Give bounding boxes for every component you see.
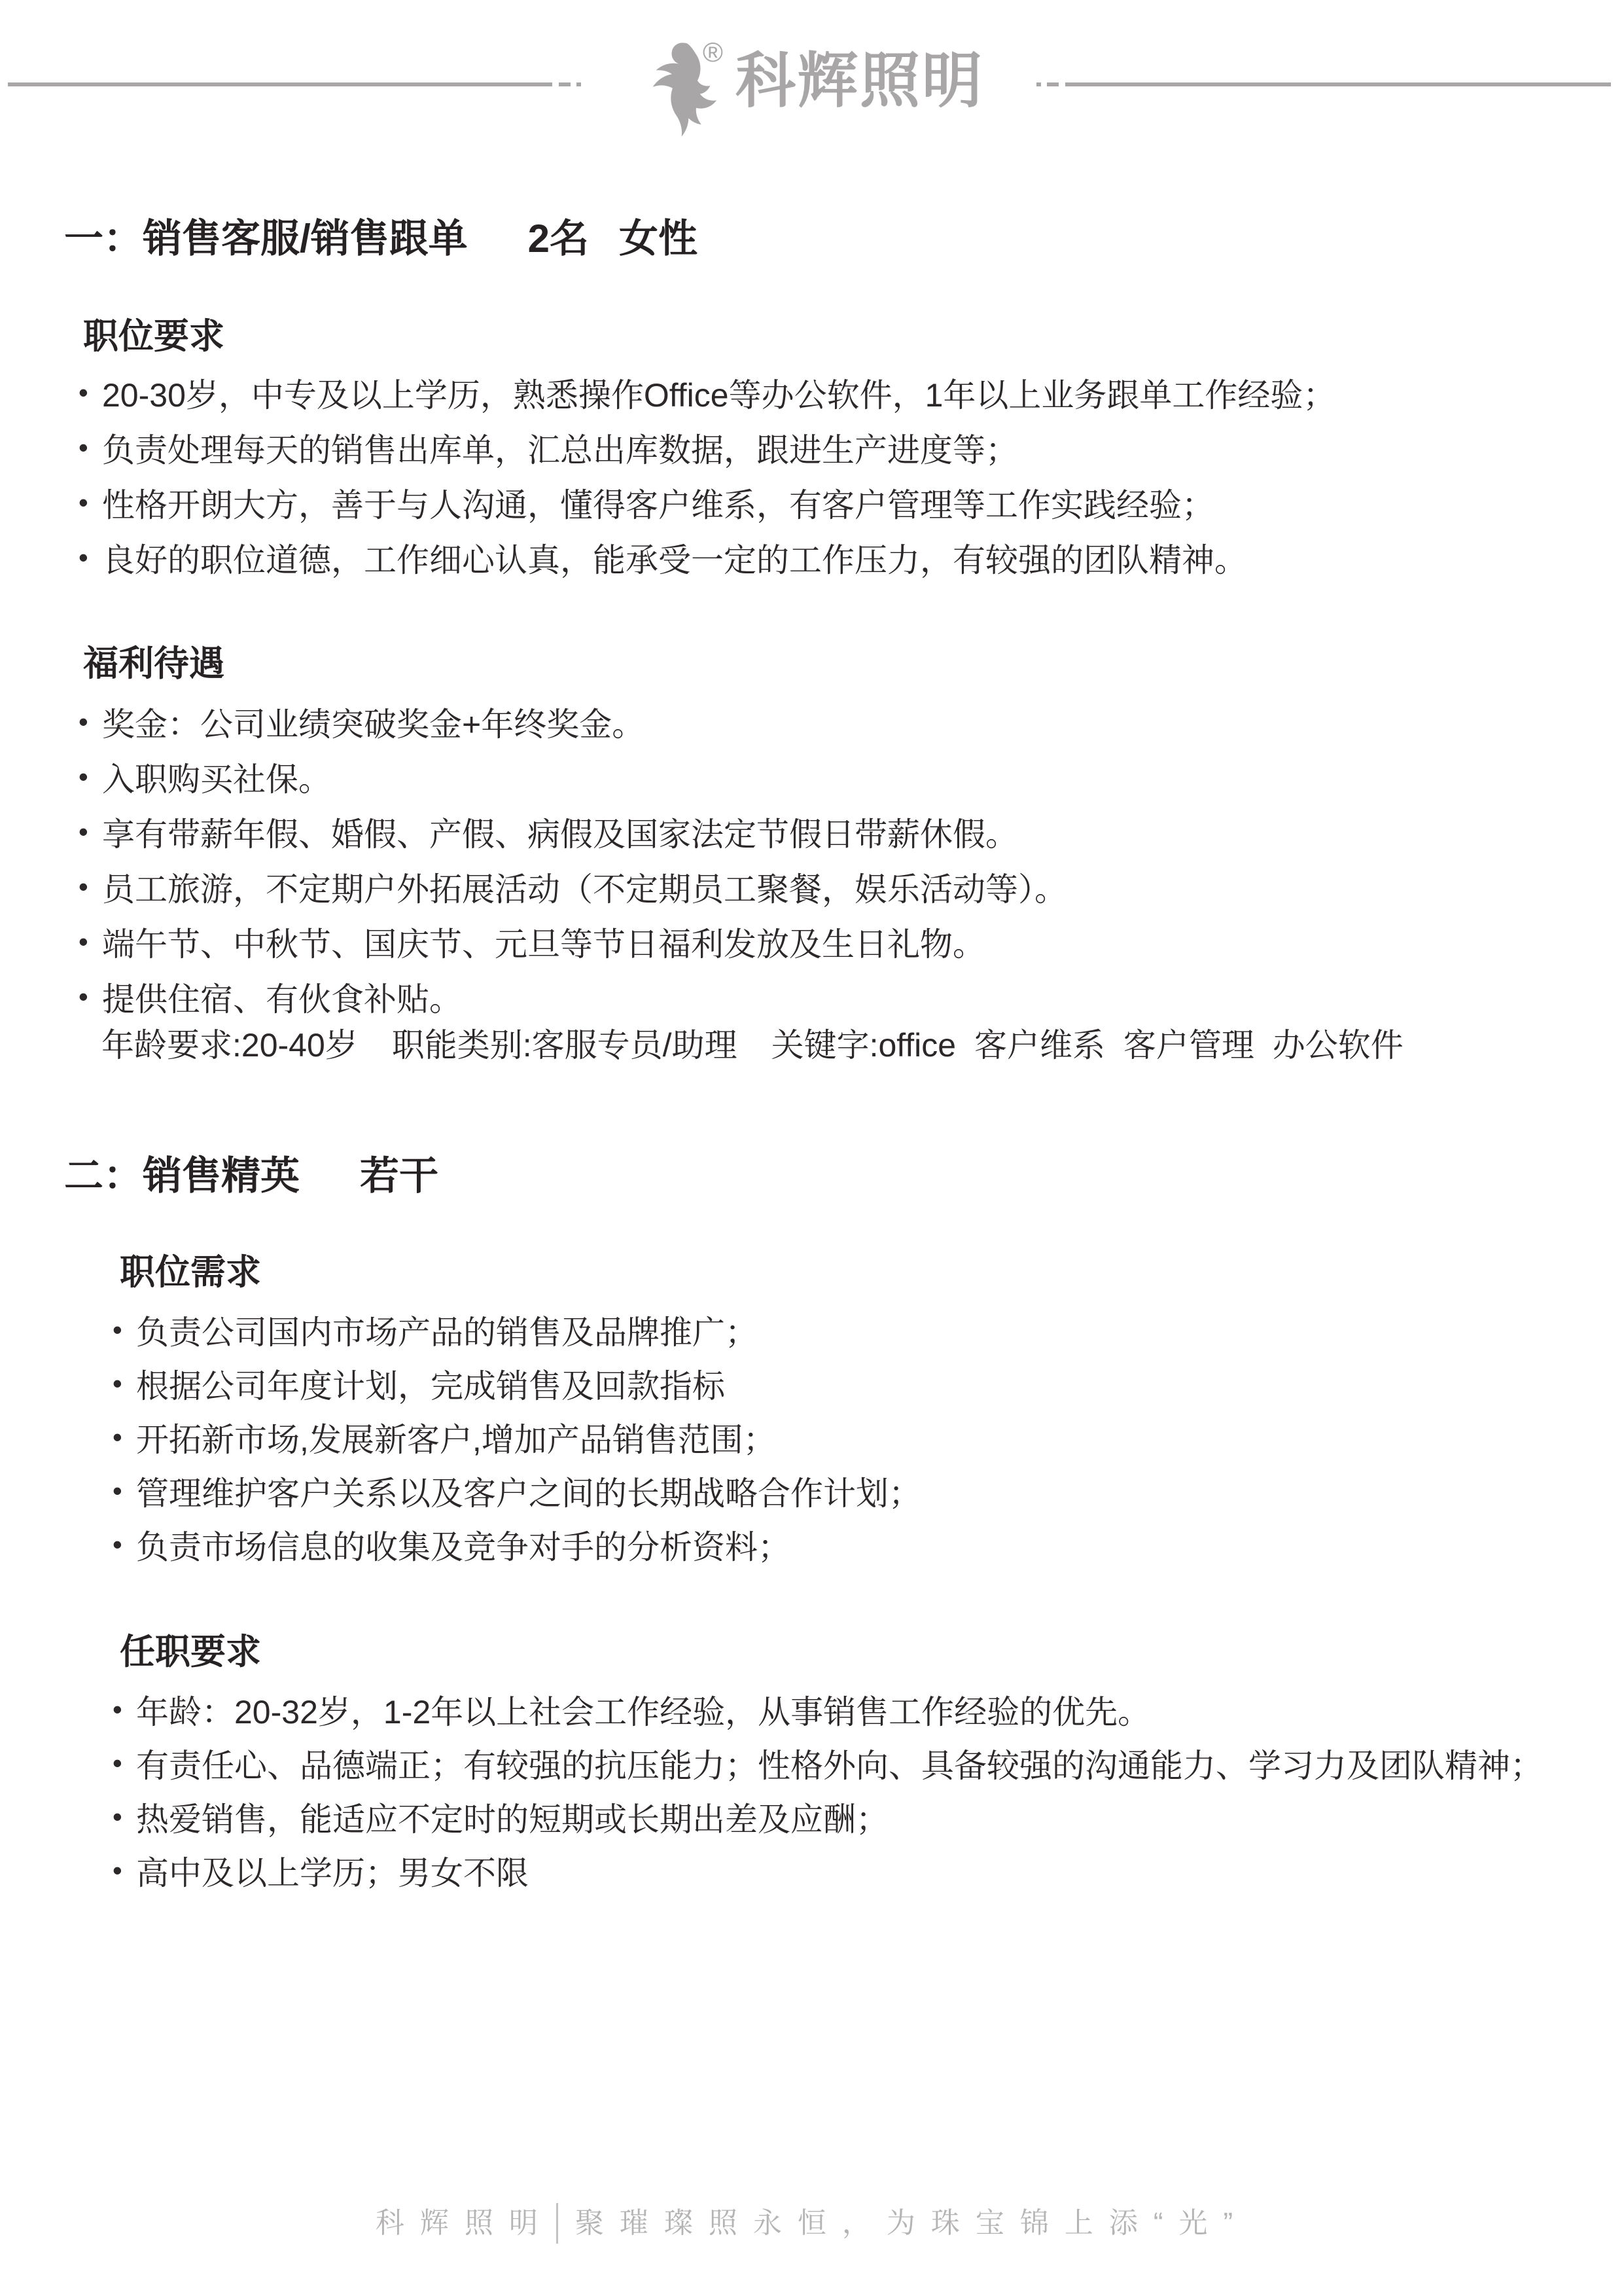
keywords: 关键字:office 客户维系 客户管理 办公软件 [771, 1027, 1403, 1064]
header-rule-right [1036, 82, 1611, 86]
list-item: 入职购买社保。 [79, 749, 1067, 804]
bullet-icon [113, 1801, 136, 1833]
job2-duties-list: 负责公司国内市场产品的销售及品牌推广； 根据公司年度计划，完成销售及回款指标 开… [113, 1303, 921, 1571]
list-item: 20-30岁，中专及以上学历，熟悉操作Office等办公软件，1年以上业务跟单工… [79, 365, 1335, 420]
list-item: 奖金：公司业绩突破奖金+年终奖金。 [79, 694, 1067, 749]
list-item: 高中及以上学历；男女不限 [113, 1844, 1543, 1897]
bullet-icon [113, 1694, 136, 1725]
bullet-icon [79, 816, 102, 848]
registered-trademark-icon: ® [703, 37, 723, 68]
job1-benefits-list: 奖金：公司业绩突破奖金+年终奖金。 入职购买社保。 享有带薪年假、婚假、产假、病… [79, 694, 1067, 1024]
list-item: 负责市场信息的收集及竞争对手的分析资料； [113, 1518, 921, 1571]
list-item: 管理维护客户关系以及客户之间的长期战略合作计划； [113, 1464, 921, 1518]
bullet-icon [79, 487, 102, 518]
job2-duties-heading: 职位需求 [120, 1251, 261, 1294]
list-item: 负责公司国内市场产品的销售及品牌推广； [113, 1303, 921, 1357]
bullet-icon [113, 1748, 136, 1779]
job1-headcount: 2名 [528, 217, 589, 260]
bullet-icon [113, 1314, 136, 1346]
job1-gender: 女性 [619, 217, 697, 260]
list-item: 热爱销售，能适应不定时的短期或长期出差及应酬； [113, 1790, 1543, 1844]
bullet-icon [113, 1368, 136, 1399]
bullet-icon [113, 1475, 136, 1507]
job1-requirements-heading: 职位要求 [83, 315, 224, 358]
bullet-icon [79, 542, 102, 573]
job-category: 职能类别:客服专员/助理 [392, 1027, 737, 1064]
list-item: 享有带薪年假、婚假、产假、病假及国家法定节假日带薪休假。 [79, 804, 1067, 859]
list-item: 负责处理每天的销售出库单，汇总出库数据，跟进生产进度等； [79, 420, 1335, 475]
bullet-icon [79, 706, 102, 738]
job-posting-page: ® 科辉照明 一：销售客服/销售跟单2名女性 职位要求 20-30岁，中专及以上… [0, 0, 1624, 2296]
job2-requirements-heading: 任职要求 [120, 1631, 261, 1674]
list-item: 端午节、中秋节、国庆节、元旦等节日福利发放及生日礼物。 [79, 914, 1067, 969]
job1-title-text: 一：销售客服/销售跟单 [64, 217, 468, 260]
bullet-icon [79, 926, 102, 958]
header-rule-left [8, 82, 581, 86]
job2-title-text: 二：销售精英 [64, 1154, 300, 1198]
bullet-icon [79, 432, 102, 463]
job2-requirements-list: 年龄：20-32岁，1-2年以上社会工作经验，从事销售工作经验的优先。 有责任心… [113, 1683, 1543, 1897]
age-requirement: 年龄要求:20-40岁 [101, 1027, 358, 1064]
bullet-icon [79, 377, 102, 408]
brand-name: 科辉照明 [735, 51, 984, 111]
footer-divider [556, 2203, 558, 2244]
bullet-icon [79, 871, 102, 903]
list-item: 提供住宿、有伙食补贴。 [79, 969, 1067, 1024]
bullet-icon [113, 1855, 136, 1886]
bullet-icon [113, 1529, 136, 1560]
footer-brand: 科辉照明 [376, 2203, 554, 2244]
list-item: 良好的职位道德，工作细心认真，能承受一定的工作压力，有较强的团队精神。 [79, 530, 1335, 585]
list-item: 开拓新市场,发展新客户,增加产品销售范围； [113, 1410, 921, 1464]
job2-title: 二：销售精英若干 [64, 1153, 438, 1198]
job1-meta-line: 年龄要求:20-40岁职能类别:客服专员/助理关键字:office 客户维系 客… [101, 1025, 1403, 1066]
job1-title: 一：销售客服/销售跟单2名女性 [64, 216, 697, 261]
bullet-icon [79, 981, 102, 1013]
list-item: 有责任心、品德端正；有较强的抗压能力；性格外向、具备较强的沟通能力、学习力及团队… [113, 1736, 1543, 1790]
job1-benefits-heading: 福利待遇 [83, 643, 224, 685]
list-item: 性格开朗大方，善于与人沟通，懂得客户维系，有客户管理等工作实践经验； [79, 475, 1335, 530]
job1-requirements-list: 20-30岁，中专及以上学历，熟悉操作Office等办公软件，1年以上业务跟单工… [79, 365, 1335, 585]
list-item: 员工旅游，不定期户外拓展活动（不定期员工聚餐，娱乐活动等）。 [79, 859, 1067, 914]
bullet-icon [113, 1422, 136, 1453]
footer: 科辉照明 聚璀璨照永恒，为珠宝锦上添“光” [0, 2203, 1624, 2244]
list-item: 根据公司年度计划，完成销售及回款指标 [113, 1357, 921, 1410]
footer-slogan: 聚璀璨照永恒，为珠宝锦上添“光” [575, 2203, 1248, 2244]
bullet-icon [79, 761, 102, 793]
job2-headcount: 若干 [360, 1154, 438, 1198]
list-item: 年龄：20-32岁，1-2年以上社会工作经验，从事销售工作经验的优先。 [113, 1683, 1543, 1736]
